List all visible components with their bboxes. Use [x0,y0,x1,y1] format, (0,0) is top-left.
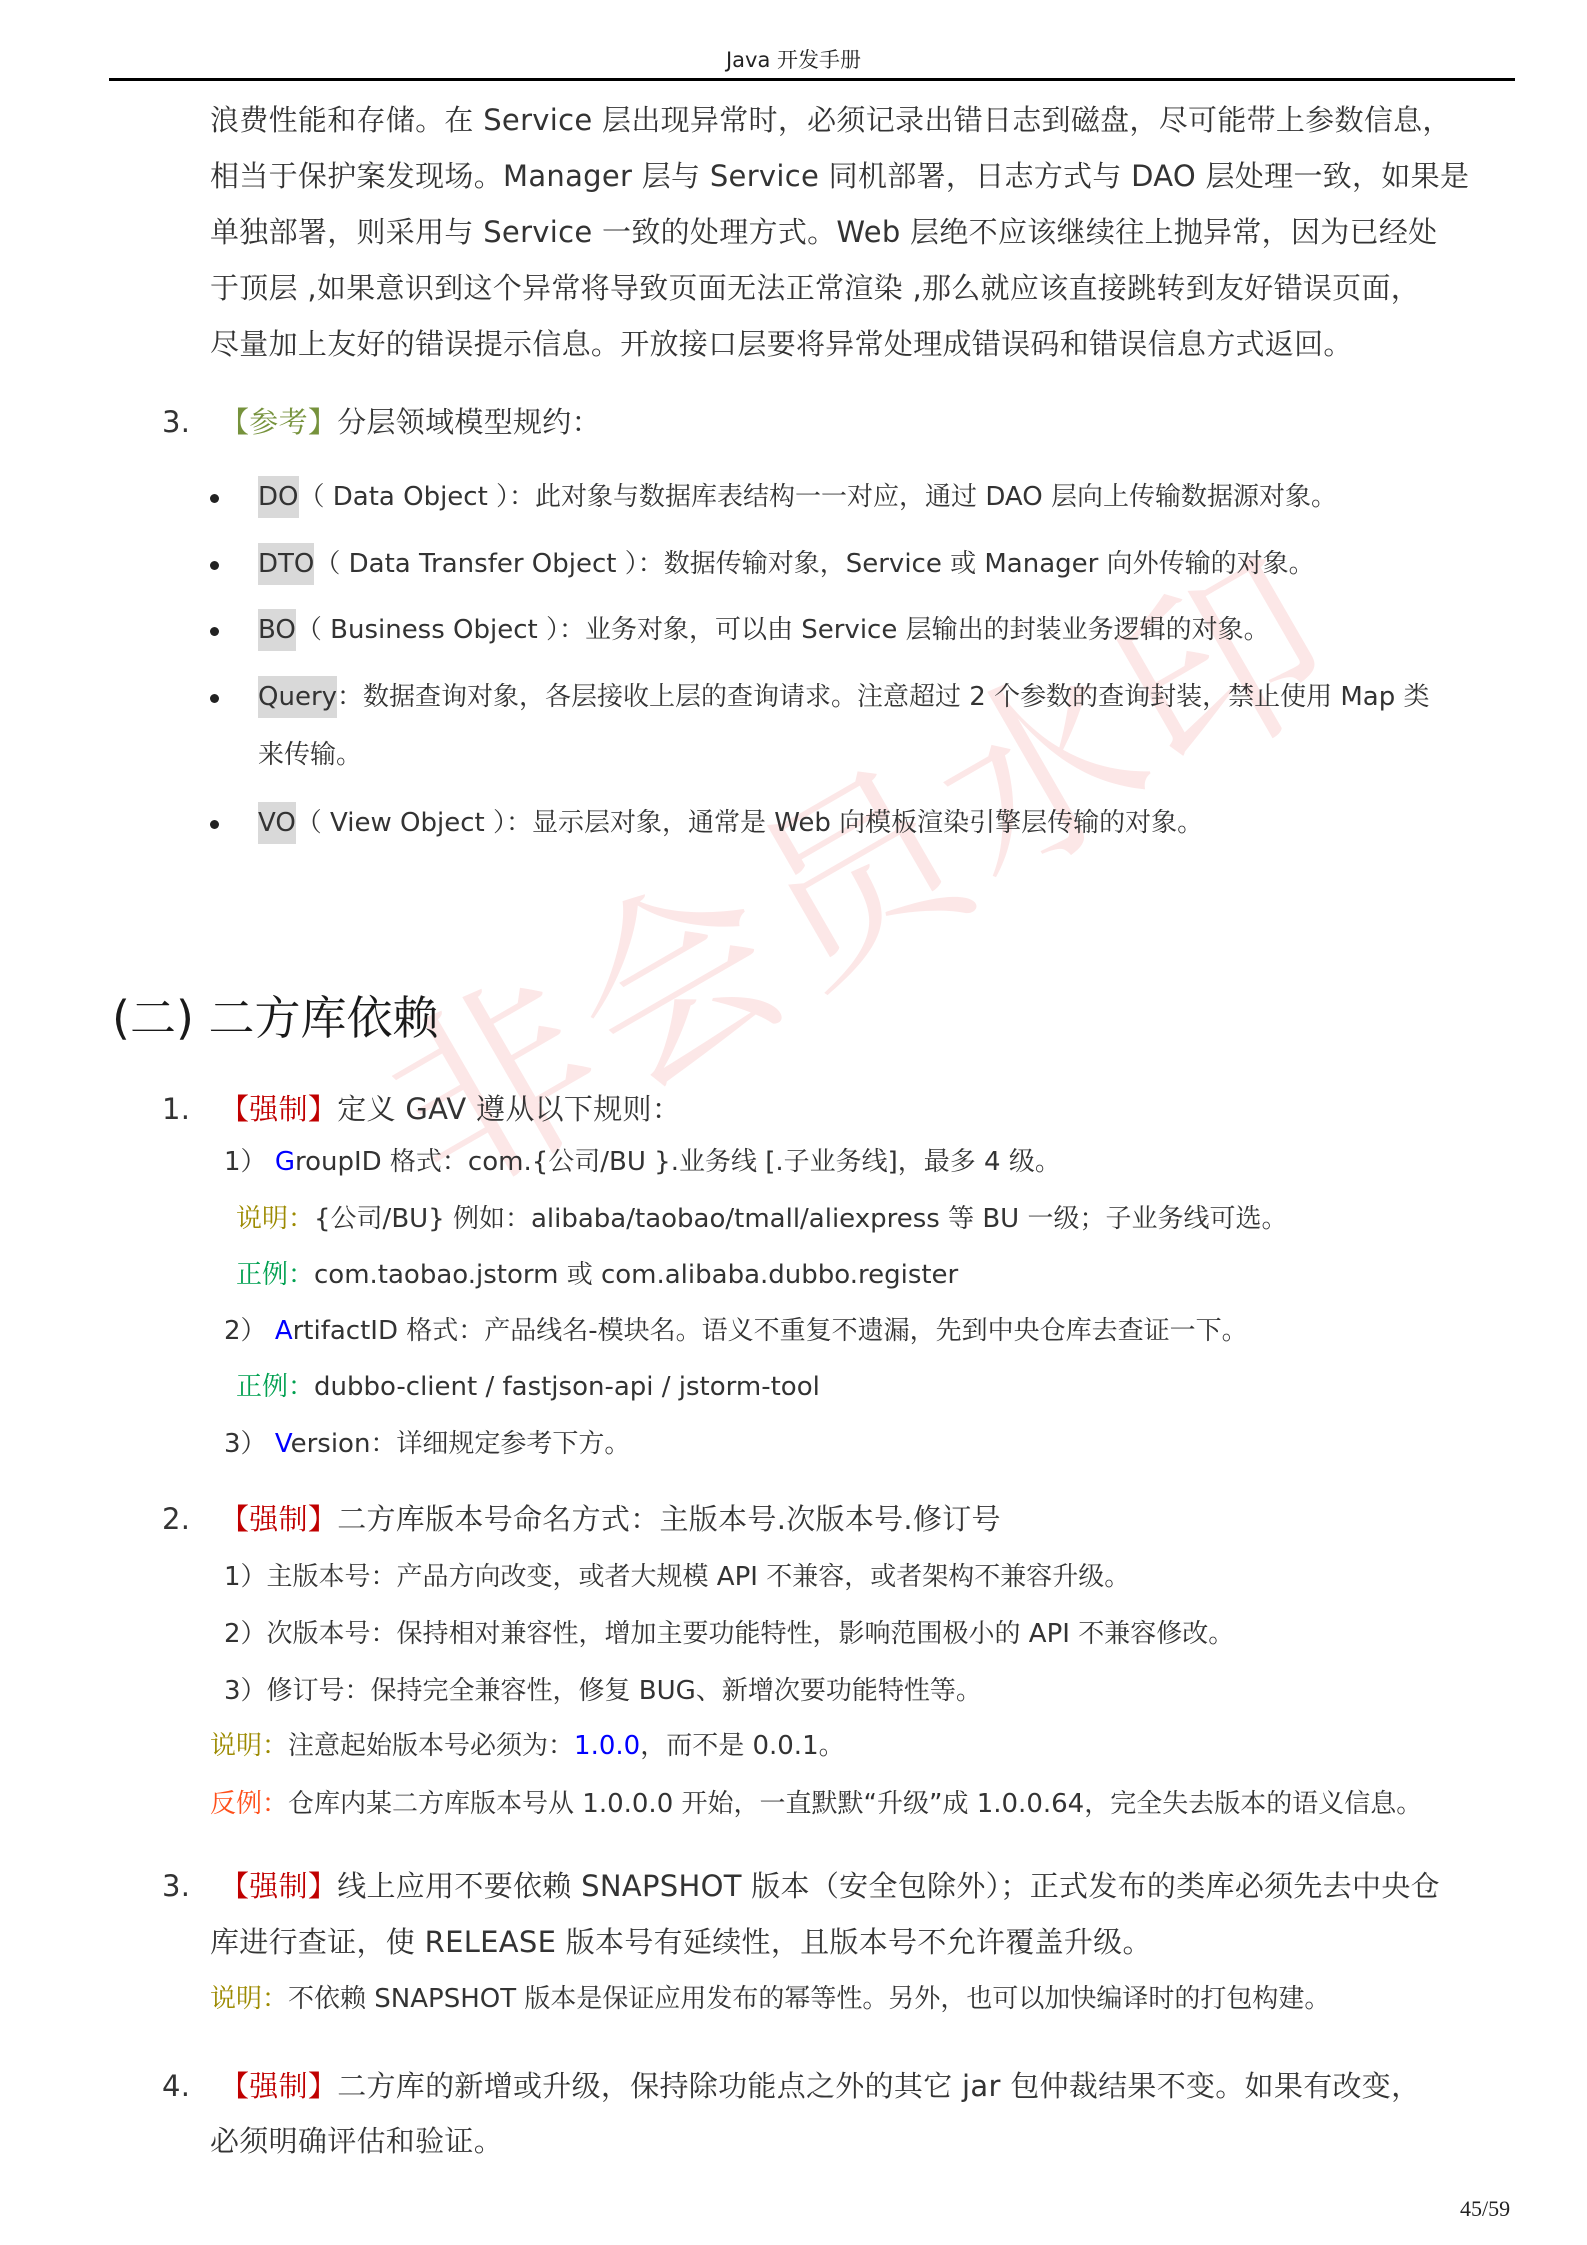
rule-number: 1. [162,1095,190,1124]
sub-item: 1）主版本号：产品方向改变，或者大规模 API 不兼容，或者架构不兼容升级。 [224,1564,1130,1590]
good-example-label: 正例： [236,1372,314,1402]
list-item-bo: BO（ Business Object ）：业务对象，可以由 Service 层… [258,617,1270,643]
page-header-title: Java 开发手册 [0,44,1587,74]
term-description: （ Data Transfer Object ）：数据传输对象，Service … [314,549,1314,579]
note-label: 说明： [210,1731,288,1761]
paragraph-line: 尽量加上友好的错误提示信息。开放接口层要将异常处理成错误码和错误信息方式返回。 [210,330,1353,359]
paragraph-line: 于顶层 ,如果意识到这个异常将导致页面无法正常渲染 ,那么就应该直接跳转到友好错… [210,274,1420,303]
term-description: （ View Object ）：显示层对象，通常是 Web 向模板渲染引擎层传输… [296,808,1203,838]
mandatory-tag: 【强制】 [220,1869,337,1903]
good-example-text: com.taobao.jstorm 或 com.alibaba.dubbo.re… [314,1260,958,1290]
list-item-query: Query：数据查询对象，各层接收上层的查询请求。注意超过 2 个参数的查询封装… [258,684,1430,710]
sub-item-prefix: 1） [224,1147,267,1177]
note-text: 不依赖 SNAPSHOT 版本是保证应用发布的幂等性。另外，也可以加快编译时的打… [288,1984,1330,2014]
sub-item-prefix: 3） [224,1429,267,1459]
term-description: ：数据查询对象，各层接收上层的查询请求。注意超过 2 个参数的查询封装，禁止使用… [337,682,1429,712]
mandatory-tag: 【强制】 [220,1502,337,1536]
list-item-do: DO（ Data Object ）：此对象与数据库表结构一一对应，通过 DAO … [258,484,1337,510]
term-description: （ Data Object ）：此对象与数据库表结构一一对应，通过 DAO 层向… [299,482,1337,512]
good-example-line: 正例：com.taobao.jstorm 或 com.alibaba.dubbo… [236,1262,958,1288]
counter-example-label: 反例： [210,1789,288,1819]
note-label: 说明： [236,1204,314,1234]
counter-example-line: 反例：仓库内某二方库版本号从 1.0.0.0 开始，一直默默“升级”成 1.0.… [210,1791,1422,1817]
note-text: 注意起始版本号必须为： [288,1731,574,1761]
bullet-icon [210,694,219,703]
rule-title: 二方库版本号命名方式：主版本号.次版本号.修订号 [337,1502,1001,1536]
term-highlight: BO [258,609,296,651]
bullet-icon [210,494,219,503]
note-text: ，而不是 0.0.1。 [640,1731,844,1761]
rule-title: 定义 GAV 遵从以下规则： [337,1092,681,1126]
mandatory-tag: 【强制】 [220,1092,337,1126]
bullet-icon [210,561,219,570]
sub-item-groupid: 1） GroupID 格式：com.{公司/BU }.业务线 [.子业务线]，最… [224,1149,1061,1175]
rule-text: 线上应用不要依赖 SNAPSHOT 版本（安全包除外）；正式发布的类库必须先去中… [337,1869,1440,1903]
rule-number: 3. [162,1872,190,1901]
reference-tag: 【参考】 [220,405,337,439]
note-line: 说明：注意起始版本号必须为：1.0.0，而不是 0.0.1。 [210,1733,845,1759]
page-number: 45/59 [1460,2196,1510,2222]
note-text: {公司/BU} 例如：alibaba/taobao/tmall/aliexpre… [314,1204,1287,1234]
bullet-icon [210,627,219,636]
term-highlight: DO [258,476,299,518]
bullet-icon [210,820,219,829]
good-example-label: 正例： [236,1260,314,1290]
sub-item: 3）修订号：保持完全兼容性，修复 BUG、新增次要功能特性等。 [224,1678,982,1704]
list-item-continuation: 来传输。 [258,742,362,768]
rule-number: 3. [162,408,190,437]
term-highlight: VO [258,802,296,844]
paragraph-line: 单独部署，则采用与 Service 一致的处理方式。Web 层绝不应该继续往上抛… [210,218,1437,247]
mandatory-tag: 【强制】 [220,2069,337,2103]
section-heading: (二) 二方库依赖 [112,995,439,1041]
rule-title: 分层领域模型规约： [337,405,601,439]
rule-number: 2. [162,1505,190,1534]
sub-item-prefix: 2） [224,1316,267,1346]
sub-item-text: rtifactID 格式：产品线名-模块名。语义不重复不遗漏，先到中央仓库去查证… [293,1316,1248,1346]
paragraph-line: 相当于保护案发现场。Manager 层与 Service 同机部署，日志方式与 … [210,162,1469,191]
sub-item-artifactid: 2） ArtifactID 格式：产品线名-模块名。语义不重复不遗漏，先到中央仓… [224,1318,1248,1344]
initial-letter: V [275,1429,291,1459]
sub-item-text: roupID 格式：com.{公司/BU }.业务线 [.子业务线]，最多 4 … [295,1147,1061,1177]
header-divider [109,78,1515,81]
good-example-line: 正例：dubbo-client / fastjson-api / jstorm-… [236,1374,820,1400]
list-item-vo: VO（ View Object ）：显示层对象，通常是 Web 向模板渲染引擎层… [258,810,1203,836]
note-line: 说明：{公司/BU} 例如：alibaba/taobao/tmall/aliex… [236,1206,1287,1232]
initial-letter: A [275,1316,293,1346]
initial-letter: G [275,1147,295,1177]
good-example-text: dubbo-client / fastjson-api / jstorm-too… [314,1372,820,1402]
term-highlight: DTO [258,543,314,585]
sub-item-version: 3） Version：详细规定参考下方。 [224,1431,630,1457]
rule-number: 4. [162,2072,190,2101]
watermark: 非会员水印 [330,475,1383,1249]
counter-example-text: 仓库内某二方库版本号从 1.0.0.0 开始，一直默默“升级”成 1.0.0.6… [288,1789,1422,1819]
rule-text: 必须明确评估和验证。 [210,2127,503,2156]
note-line: 说明：不依赖 SNAPSHOT 版本是保证应用发布的幂等性。另外，也可以加快编译… [210,1986,1330,2012]
sub-item-text: ersion：详细规定参考下方。 [291,1429,631,1459]
sub-item: 2）次版本号：保持相对兼容性，增加主要功能特性，影响范围极小的 API 不兼容修… [224,1621,1234,1647]
rule-text: 库进行查证，使 RELEASE 版本号有延续性，且版本号不允许覆盖升级。 [210,1928,1152,1957]
list-item-dto: DTO（ Data Transfer Object ）：数据传输对象，Servi… [258,551,1315,577]
rule-text: 二方库的新增或升级，保持除功能点之外的其它 jar 包仲裁结果不变。如果有改变， [337,2069,1420,2103]
term-highlight: Query [258,676,337,718]
note-label: 说明： [210,1984,288,2014]
version-value: 1.0.0 [574,1731,640,1761]
paragraph-line: 浪费性能和存储。在 Service 层出现异常时，必须记录出错日志到磁盘，尽可能… [210,106,1452,135]
term-description: （ Business Object ）：业务对象，可以由 Service 层输出… [296,615,1270,645]
